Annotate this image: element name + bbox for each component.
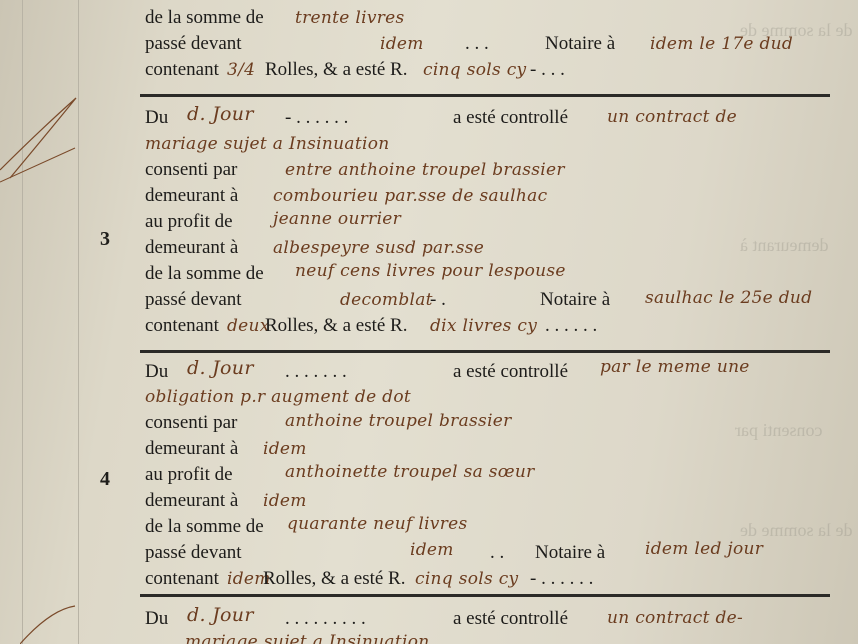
du-label: Du — [145, 361, 168, 382]
somme-value: neuf cens livres pour lespouse — [295, 261, 566, 281]
profit-label: au profit de — [145, 211, 233, 232]
contenant-value: 3/4 — [227, 60, 255, 80]
notaire-label: Notaire à — [540, 289, 610, 311]
somme-label: de la somme de — [145, 7, 264, 28]
du-value: d. Jour — [187, 604, 254, 626]
controlle-label: a esté controllé — [453, 361, 568, 383]
demeurant-value: idem — [263, 439, 307, 459]
register-page: de la somme de demeurant à consenti par … — [0, 0, 858, 644]
du-value: d. Jour — [187, 103, 254, 125]
notaire-value: saulhac le 25e dud — [645, 288, 812, 308]
demeurant-value: albespeyre susd par.sse — [273, 238, 484, 258]
passe-value: decomblat — [340, 290, 433, 310]
margin-flourish-icon — [20, 600, 80, 644]
dots: . . . . . . . . . — [285, 608, 366, 630]
consenti-label: consenti par — [145, 159, 237, 180]
consenti-label: consenti par — [145, 412, 237, 433]
dots: . . . — [465, 33, 489, 55]
entry-number: 4 — [100, 468, 110, 491]
dots: - . . . . . . — [530, 568, 593, 590]
passe-label: passé devant — [145, 289, 242, 310]
passe-value: idem — [380, 34, 424, 54]
entry-divider — [140, 94, 830, 97]
demeurant-label: demeurant à — [145, 237, 238, 258]
dots: . . — [490, 542, 504, 564]
bleed-through-text: consenti par — [735, 420, 822, 441]
somme-value: trente livres — [295, 8, 405, 28]
demeurant-label: demeurant à — [145, 185, 238, 206]
controlle-continuation: mariage sujet a Insinuation — [185, 632, 430, 644]
somme-value: quarante neuf livres — [287, 514, 468, 534]
notaire-value: idem le 17e dud — [650, 34, 793, 54]
contenant-value: deux — [227, 316, 270, 336]
entry-divider — [140, 350, 830, 353]
rolles-label: Rolles, & a esté R. — [265, 59, 407, 81]
notaire-label: Notaire à — [535, 542, 605, 564]
demeurant-label: demeurant à — [145, 490, 238, 511]
entry-divider — [140, 594, 830, 597]
du-label: Du — [145, 107, 168, 128]
rolles-value: dix livres cy — [430, 316, 537, 336]
dots: . . . . . . . — [285, 361, 347, 383]
rolles-value: cinq sols cy — [423, 60, 526, 80]
margin-flourish-icon — [0, 90, 80, 190]
controlle-continuation: mariage sujet a Insinuation — [145, 134, 390, 154]
controlle-value: par le meme une — [600, 357, 750, 377]
rolles-value: cinq sols cy — [415, 569, 518, 589]
dots: - . . . — [530, 59, 565, 81]
entry-number: 3 — [100, 228, 110, 251]
controlle-label: a esté controllé — [453, 107, 568, 129]
consenti-value: entre anthoine troupel brassier — [285, 160, 565, 180]
du-value: d. Jour — [187, 357, 254, 379]
controlle-value: un contract de — [607, 107, 737, 127]
dots: - . — [430, 289, 446, 311]
profit-label: au profit de — [145, 464, 233, 485]
controlle-continuation: obligation p.r augment de dot — [145, 387, 411, 407]
dots: - . . . . . . — [285, 107, 348, 129]
notaire-value: idem led jour — [645, 539, 763, 559]
bleed-through-text: demeurant à — [740, 235, 828, 256]
dots: . . . . . . — [545, 315, 597, 337]
controlle-value: un contract de- — [607, 608, 743, 628]
contenant-label: contenant — [145, 315, 219, 336]
notaire-label: Notaire à — [545, 33, 615, 55]
controlle-label: a esté controllé — [453, 608, 568, 630]
passe-value: idem — [410, 540, 454, 560]
rolles-label: Rolles, & a esté R. — [265, 315, 407, 337]
somme-label: de la somme de — [145, 516, 264, 537]
du-label: Du — [145, 608, 168, 629]
passe-label: passé devant — [145, 542, 242, 563]
demeurant-value: combourieu par.sse de saulhac — [273, 186, 547, 206]
contenant-label: contenant — [145, 568, 219, 589]
bleed-through-text: de la somme de — [740, 520, 852, 541]
contenant-label: contenant — [145, 59, 219, 80]
consenti-value: anthoine troupel brassier — [285, 411, 512, 431]
rolles-label: Rolles, & a esté R. — [263, 568, 405, 590]
passe-label: passé devant — [145, 33, 242, 54]
profit-value: jeanne ourrier — [273, 209, 401, 229]
demeurant-label: demeurant à — [145, 438, 238, 459]
somme-label: de la somme de — [145, 263, 264, 284]
demeurant-value: idem — [263, 491, 307, 511]
profit-value: anthoinette troupel sa sœur — [285, 462, 535, 482]
